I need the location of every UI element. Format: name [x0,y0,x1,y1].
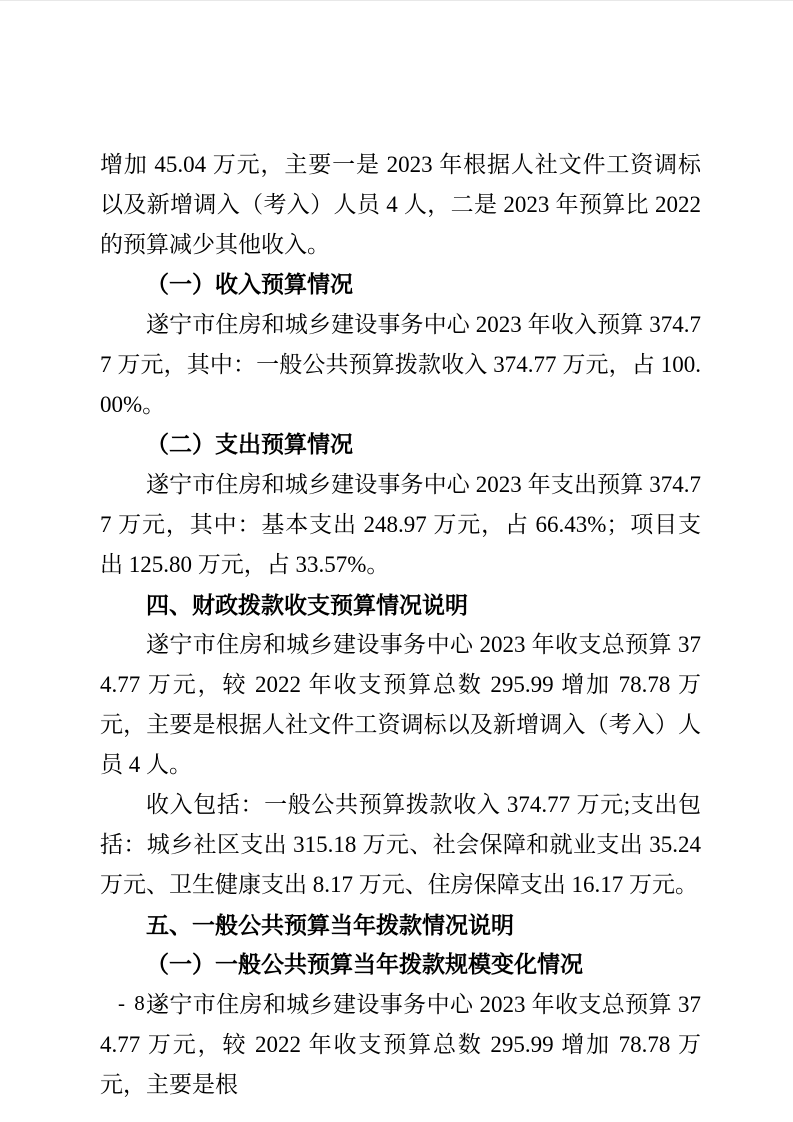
paragraph: 遂宁市住房和城乡建设事务中心 2023 年收支总预算 374.77 万元，较 2… [100,985,701,1105]
section-heading: 五、一般公共预算当年拨款情况说明 [100,905,701,945]
subsection-heading: （一）一般公共预算当年拨款规模变化情况 [100,945,701,985]
subsection-heading: （二）支出预算情况 [100,425,701,465]
document-page: 增加 45.04 万元，主要一是 2023 年根据人社文件工资调标以及新增调入（… [0,0,793,1122]
subsection-heading: （一）收入预算情况 [100,265,701,305]
paragraph: 收入包括：一般公共预算拨款收入 374.77 万元;支出包括：城乡社区支出 31… [100,785,701,905]
document-body: 增加 45.04 万元，主要一是 2023 年根据人社文件工资调标以及新增调入（… [100,145,701,1105]
paragraph: 遂宁市住房和城乡建设事务中心 2023 年支出预算 374.77 万元，其中：基… [100,465,701,585]
paragraph: 遂宁市住房和城乡建设事务中心 2023 年收支总预算 374.77 万元，较 2… [100,625,701,785]
page-number: - 8 - [118,989,163,1017]
paragraph: 增加 45.04 万元，主要一是 2023 年根据人社文件工资调标以及新增调入（… [100,145,701,265]
page-number-label: - 8 - [118,991,163,1015]
paragraph: 遂宁市住房和城乡建设事务中心 2023 年收入预算 374.77 万元，其中：一… [100,305,701,425]
section-heading: 四、财政拨款收支预算情况说明 [100,585,701,625]
